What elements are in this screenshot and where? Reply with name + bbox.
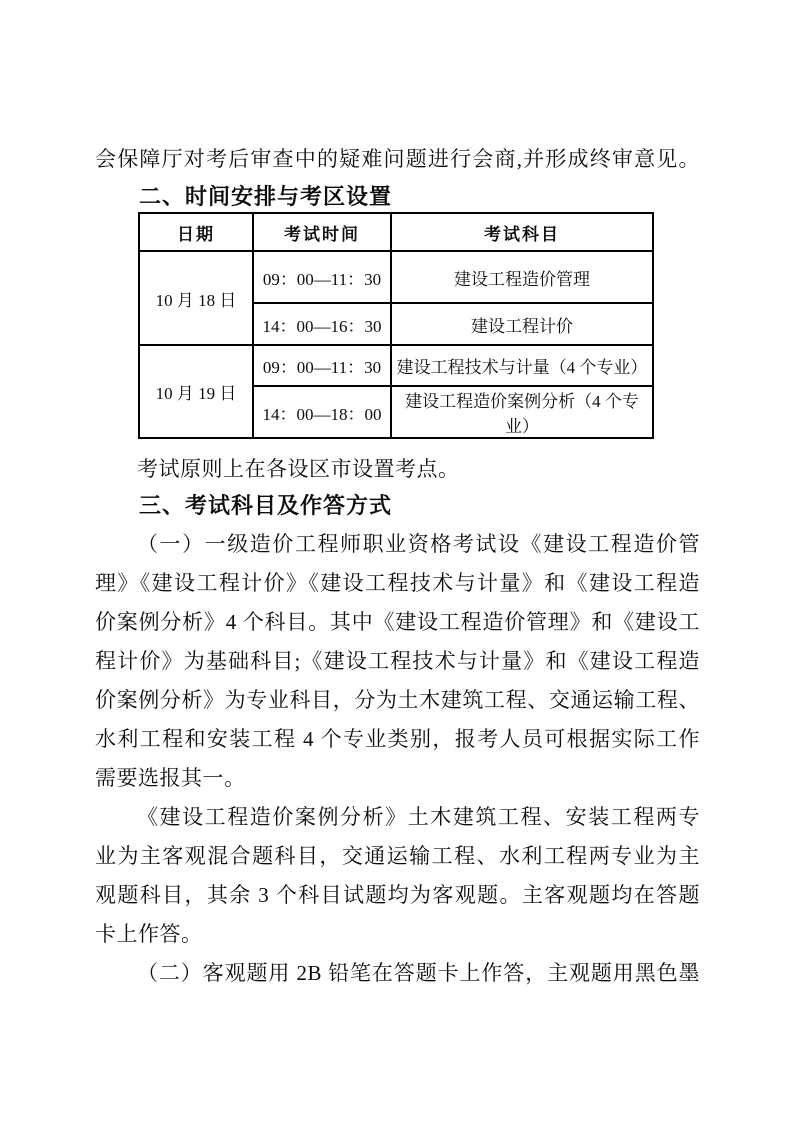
table-row: 10 月 19 日 09：00—11：30 建设工程技术与计量（4 个专业） [139, 345, 653, 386]
body-line: 程计价》为基础科目;《建设工程技术与计量》和《建设工程造 [95, 642, 700, 681]
table-note-line: 考试原则上在各设区市设置考点。 [95, 450, 700, 489]
subject-cell: 建设工程计价 [391, 303, 653, 345]
body-line: 水利工程和安装工程 4 个专业类别，报考人员可根据实际工作 [95, 720, 700, 759]
time-cell: 14：00—16：30 [253, 303, 391, 345]
date-cell-day2: 10 月 19 日 [139, 345, 253, 438]
body-line: 观题科目，其余 3 个科目试题均为客观题。主客观题均在答题 [95, 876, 700, 915]
body-line: （一）一级造价工程师职业资格考试设《建设工程造价管 [95, 525, 700, 564]
body-line: 卡上作答。 [95, 915, 700, 954]
subject-cell: 建设工程造价管理 [391, 251, 653, 303]
body-line: 业为主客观混合题科目，交通运输工程、水利工程两专业为主 [95, 837, 700, 876]
body-line: 价案例分析》为专业科目，分为土木建筑工程、交通运输工程、 [95, 681, 700, 720]
time-cell: 09：00—11：30 [253, 345, 391, 386]
time-cell: 09：00—11：30 [253, 251, 391, 303]
exam-schedule-table: 日期 考试时间 考试科目 10 月 18 日 09：00—11：30 建设工程造… [138, 212, 654, 439]
document-content: 会保障厅对考后审查中的疑难问题进行会商,并形成终审意见。 二、时间安排与考区设置… [0, 0, 794, 993]
table-header-row: 日期 考试时间 考试科目 [139, 213, 653, 251]
body-paragraphs: （一）一级造价工程师职业资格考试设《建设工程造价管 理》《建设工程计价》《建设工… [95, 525, 700, 993]
table-header-time: 考试时间 [253, 213, 391, 251]
table-row: 10 月 18 日 09：00—11：30 建设工程造价管理 [139, 251, 653, 303]
body-line: 需要选报其一。 [95, 759, 700, 798]
section3-heading: 三、考试科目及作答方式 [95, 489, 700, 525]
table-header-subject: 考试科目 [391, 213, 653, 251]
subject-cell: 建设工程造价案例分析（4 个专业） [391, 386, 653, 438]
intro-line: 会保障厅对考后审查中的疑难问题进行会商,并形成终审意见。 [95, 140, 700, 179]
section2-heading: 二、时间安排与考区设置 [95, 181, 700, 212]
table-header-date: 日期 [139, 213, 253, 251]
time-cell: 14：00—18：00 [253, 386, 391, 438]
body-line: 理》《建设工程计价》《建设工程技术与计量》和《建设工程造 [95, 564, 700, 603]
body-line: 《建设工程造价案例分析》土木建筑工程、安装工程两专 [95, 798, 700, 837]
body-line: 价案例分析》4 个科目。其中《建设工程造价管理》和《建设工 [95, 603, 700, 642]
body-line: （二）客观题用 2B 铅笔在答题卡上作答，主观题用黑色墨 [95, 954, 700, 993]
date-cell-day1: 10 月 18 日 [139, 251, 253, 345]
subject-cell: 建设工程技术与计量（4 个专业） [391, 345, 653, 386]
document-page: 会保障厅对考后审查中的疑难问题进行会商,并形成终审意见。 二、时间安排与考区设置… [0, 0, 794, 1123]
